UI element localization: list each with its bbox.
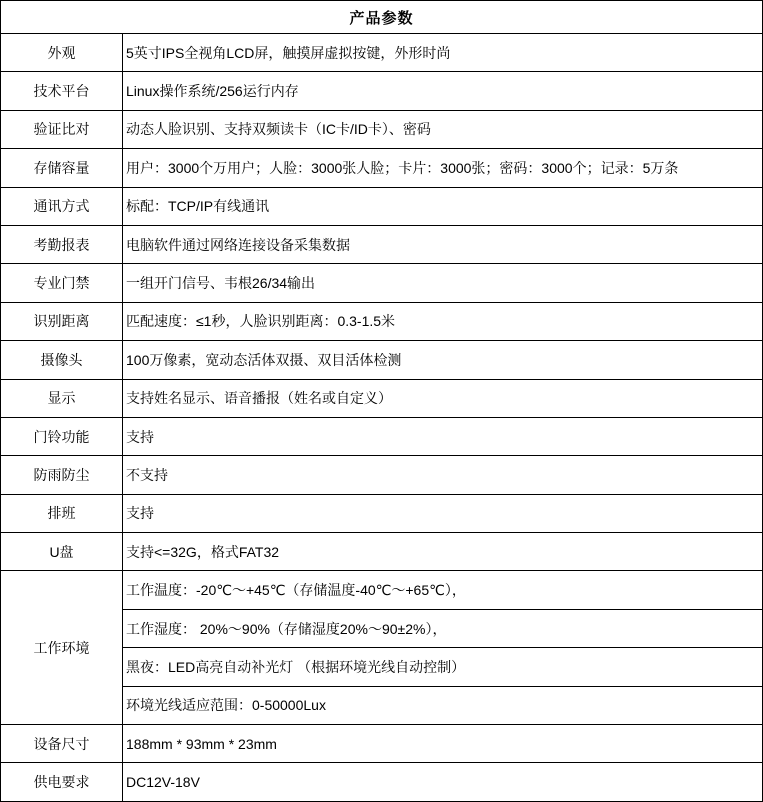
spec-value: 支持 bbox=[123, 494, 763, 532]
spec-value: 黑夜：LED高亮自动补光灯 （根据环境光线自动控制） bbox=[123, 648, 763, 686]
table-row: 工作环境工作温度：-20℃～+45℃（存储温度-40℃～+65℃）， bbox=[1, 571, 763, 609]
table-row: 供电要求DC12V-18V bbox=[1, 763, 763, 802]
table-row: 外观5英寸IPS全视角LCD屏，触摸屏虚拟按键，外形时尚 bbox=[1, 34, 763, 72]
spec-label: 设备尺寸 bbox=[1, 725, 123, 763]
spec-label: 防雨防尘 bbox=[1, 456, 123, 494]
spec-value: DC12V-18V bbox=[123, 763, 763, 802]
spec-label: 排班 bbox=[1, 494, 123, 532]
product-spec-table: 产品参数 外观5英寸IPS全视角LCD屏，触摸屏虚拟按键，外形时尚技术平台Lin… bbox=[0, 0, 763, 802]
spec-value: 动态人脸识别、支持双频读卡（IC卡/ID卡）、密码 bbox=[123, 110, 763, 148]
spec-value: 电脑软件通过网络连接设备采集数据 bbox=[123, 225, 763, 263]
spec-label: 验证比对 bbox=[1, 110, 123, 148]
table-row: 设备尺寸188mm * 93mm * 23mm bbox=[1, 725, 763, 763]
spec-value: 环境光线适应范围：0-50000Lux bbox=[123, 686, 763, 724]
spec-value: 标配：TCP/IP有线通讯 bbox=[123, 187, 763, 225]
spec-label: 门铃功能 bbox=[1, 417, 123, 455]
spec-value: 188mm * 93mm * 23mm bbox=[123, 725, 763, 763]
spec-label: 外观 bbox=[1, 34, 123, 72]
table-row: 专业门禁一组开门信号、韦根26/34输出 bbox=[1, 264, 763, 302]
spec-label: 供电要求 bbox=[1, 763, 123, 802]
table-row: U盘支持<=32G，格式FAT32 bbox=[1, 533, 763, 571]
spec-label: 考勤报表 bbox=[1, 225, 123, 263]
spec-label: 摄像头 bbox=[1, 341, 123, 379]
table-row: 通讯方式标配：TCP/IP有线通讯 bbox=[1, 187, 763, 225]
spec-label: U盘 bbox=[1, 533, 123, 571]
spec-label: 通讯方式 bbox=[1, 187, 123, 225]
spec-label: 识别距离 bbox=[1, 302, 123, 340]
spec-value: 支持 bbox=[123, 417, 763, 455]
table-header-row: 产品参数 bbox=[1, 1, 763, 34]
spec-body: 外观5英寸IPS全视角LCD屏，触摸屏虚拟按键，外形时尚技术平台Linux操作系… bbox=[1, 34, 763, 802]
spec-label: 存储容量 bbox=[1, 149, 123, 187]
table-row: 摄像头100万像素，宽动态活体双摄、双目活体检测 bbox=[1, 341, 763, 379]
table-row: 技术平台Linux操作系统/256运行内存 bbox=[1, 72, 763, 110]
spec-value: Linux操作系统/256运行内存 bbox=[123, 72, 763, 110]
spec-label: 显示 bbox=[1, 379, 123, 417]
spec-label: 技术平台 bbox=[1, 72, 123, 110]
table-row: 验证比对动态人脸识别、支持双频读卡（IC卡/ID卡）、密码 bbox=[1, 110, 763, 148]
spec-value: 用户：3000个万用户；人脸：3000张人脸；卡片：3000张；密码：3000个… bbox=[123, 149, 763, 187]
table-row: 存储容量用户：3000个万用户；人脸：3000张人脸；卡片：3000张；密码：3… bbox=[1, 149, 763, 187]
spec-value: 不支持 bbox=[123, 456, 763, 494]
spec-value: 5英寸IPS全视角LCD屏，触摸屏虚拟按键，外形时尚 bbox=[123, 34, 763, 72]
table-row: 识别距离匹配速度：≤1秒，人脸识别距离：0.3-1.5米 bbox=[1, 302, 763, 340]
table-row: 门铃功能支持 bbox=[1, 417, 763, 455]
spec-value: 工作湿度： 20%～90%（存储湿度20%～90±2%）， bbox=[123, 609, 763, 647]
table-row: 考勤报表电脑软件通过网络连接设备采集数据 bbox=[1, 225, 763, 263]
spec-value: 支持姓名显示、语音播报（姓名或自定义） bbox=[123, 379, 763, 417]
table-row: 防雨防尘不支持 bbox=[1, 456, 763, 494]
spec-value: 支持<=32G，格式FAT32 bbox=[123, 533, 763, 571]
spec-label: 专业门禁 bbox=[1, 264, 123, 302]
spec-value: 一组开门信号、韦根26/34输出 bbox=[123, 264, 763, 302]
spec-value: 工作温度：-20℃～+45℃（存储温度-40℃～+65℃）， bbox=[123, 571, 763, 609]
spec-label: 工作环境 bbox=[1, 571, 123, 725]
spec-value: 100万像素，宽动态活体双摄、双目活体检测 bbox=[123, 341, 763, 379]
table-row: 排班支持 bbox=[1, 494, 763, 532]
table-row: 显示支持姓名显示、语音播报（姓名或自定义） bbox=[1, 379, 763, 417]
spec-value: 匹配速度：≤1秒，人脸识别距离：0.3-1.5米 bbox=[123, 302, 763, 340]
table-title: 产品参数 bbox=[1, 1, 763, 34]
